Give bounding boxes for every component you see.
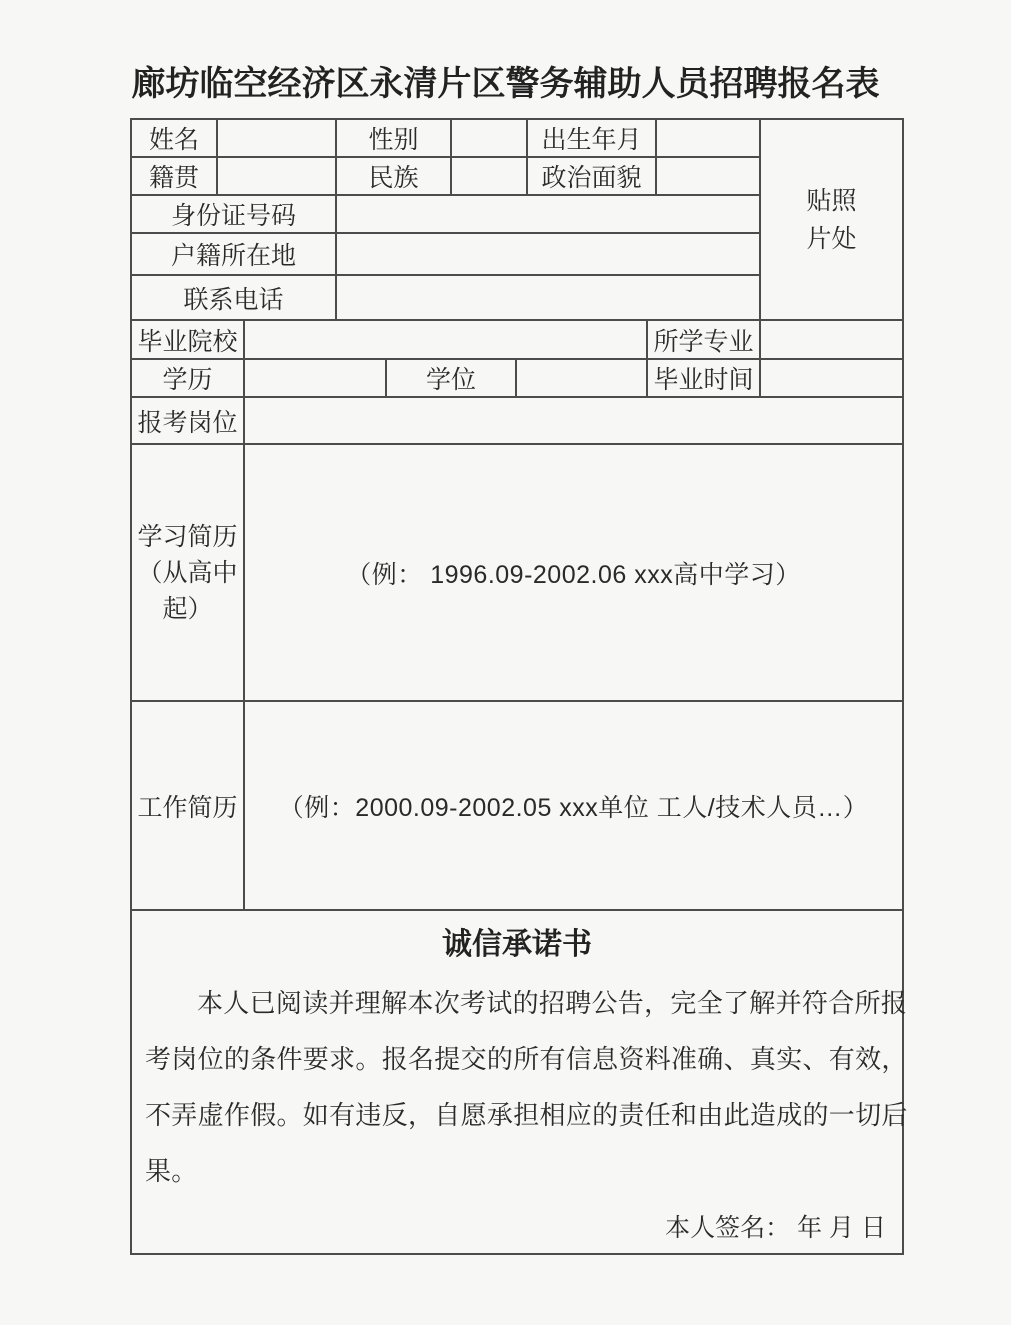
political-status-label: 政治面貌 [527,157,656,195]
education-info-table: 毕业院校 所学专业 学历 学位 毕业时间 报考岗位 [130,319,904,445]
study-resume-label: 学习简历 （从高中 起） [131,444,244,701]
commitment-heading: 诚信承诺书 [132,927,902,963]
education-level-value-cell[interactable] [244,359,386,397]
resume-table: 学习简历 （从高中 起） （例： 1996.09-2002.06 xxx高中学习… [130,443,904,911]
photo-area[interactable]: 贴照 片处 [760,119,903,320]
photo-label: 贴照 片处 [761,182,902,258]
study-resume-label-line2: （从高中 [132,555,243,591]
commitment-table: 诚信承诺书 本人已阅读并理解本次考试的招聘公告，完全了解并符合所报 考岗位的条件… [130,909,904,1255]
ethnicity-label: 民族 [336,157,451,195]
work-resume-label: 工作简历 [131,701,244,910]
education-level-label: 学历 [131,359,244,397]
ethnicity-value-cell[interactable] [451,157,527,195]
school-value-cell[interactable] [244,320,647,359]
id-number-label: 身份证号码 [131,195,336,233]
birth-date-value-cell[interactable] [656,119,760,157]
commitment-body-line: 考岗位的条件要求。报名提交的所有信息资料准确、真实、有效， [145,1031,889,1087]
study-resume-label-text: 学习简历 （从高中 起） [132,519,243,627]
household-location-value-cell[interactable] [336,233,760,275]
study-resume-example: （例： 1996.09-2002.06 xxx高中学习） [346,561,800,589]
page-title: 廊坊临空经济区永清片区警务辅助人员招聘报名表 [0,62,1011,106]
signature-line[interactable]: 本人签名： 年 月 日 [132,1213,902,1243]
name-value-cell[interactable] [217,119,336,157]
school-label: 毕业院校 [131,320,244,359]
birth-date-label: 出生年月 [527,119,656,157]
study-resume-value-cell[interactable]: （例： 1996.09-2002.06 xxx高中学习） [244,444,903,701]
native-place-value-cell[interactable] [217,157,336,195]
name-label: 姓名 [131,119,217,157]
phone-value-cell[interactable] [336,275,760,320]
table-row: 报考岗位 [131,397,903,444]
table-row: 诚信承诺书 本人已阅读并理解本次考试的招聘公告，完全了解并符合所报 考岗位的条件… [131,910,903,1254]
gender-value-cell[interactable] [451,119,527,157]
position-value-cell[interactable] [244,397,903,444]
basic-info-table: 姓名 性别 出生年月 贴照 片处 籍贯 民族 政治面貌 [130,118,904,321]
id-number-value-cell[interactable] [336,195,760,233]
political-status-value-cell[interactable] [656,157,760,195]
table-row: 工作简历 （例：2000.09-2002.05 xxx单位 工人/技术人员…） [131,701,903,910]
table-row: 学历 学位 毕业时间 [131,359,903,397]
degree-value-cell[interactable] [516,359,647,397]
study-resume-label-line3: 起） [132,591,243,627]
position-label: 报考岗位 [131,397,244,444]
degree-label: 学位 [386,359,516,397]
commitment-cell: 诚信承诺书 本人已阅读并理解本次考试的招聘公告，完全了解并符合所报 考岗位的条件… [131,910,903,1254]
graduation-time-label: 毕业时间 [647,359,760,397]
table-row: 学习简历 （从高中 起） （例： 1996.09-2002.06 xxx高中学习… [131,444,903,701]
commitment-body-line: 本人已阅读并理解本次考试的招聘公告，完全了解并符合所报 [145,975,889,1031]
study-resume-label-line1: 学习简历 [132,519,243,555]
native-place-label: 籍贯 [131,157,217,195]
table-row: 姓名 性别 出生年月 贴照 片处 [131,119,903,157]
commitment-body-line: 果。 [145,1143,889,1199]
photo-label-line1: 贴照 [761,182,902,220]
commitment-body: 本人已阅读并理解本次考试的招聘公告，完全了解并符合所报 考岗位的条件要求。报名提… [132,975,902,1199]
application-form: 姓名 性别 出生年月 贴照 片处 籍贯 民族 政治面貌 [130,118,902,1255]
phone-label: 联系电话 [131,275,336,320]
household-location-label: 户籍所在地 [131,233,336,275]
work-resume-example: （例：2000.09-2002.05 xxx单位 工人/技术人员…） [279,794,868,822]
graduation-time-value-cell[interactable] [760,359,903,397]
table-row: 毕业院校 所学专业 [131,320,903,359]
major-value-cell[interactable] [760,320,903,359]
work-resume-value-cell[interactable]: （例：2000.09-2002.05 xxx单位 工人/技术人员…） [244,701,903,910]
photo-label-line2: 片处 [761,220,902,258]
major-label: 所学专业 [647,320,760,359]
commitment-body-line: 不弄虚作假。如有违反，自愿承担相应的责任和由此造成的一切后 [145,1087,889,1143]
gender-label: 性别 [336,119,451,157]
